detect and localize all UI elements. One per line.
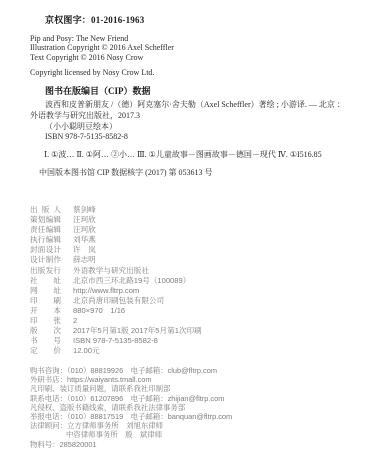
pub-row-label: 开本 — [30, 306, 61, 316]
contact-line-report-contact: 举报电话：（010）88817519 电子邮箱：banquan@fltrp.co… — [30, 412, 232, 421]
contact-line-piracy-notice: 凡侵权、盗版书籍线索，请联系我社法律事务部 — [30, 403, 232, 412]
pub-row-value: 北京尚唐印刷包装有限公司 — [73, 296, 164, 305]
license-grant-line: Copyright licensed by Nosy Crow Ltd. — [30, 68, 154, 77]
pub-row-sheets: 印张2 — [30, 316, 202, 326]
pub-row-value: 北京市西三环北路19号（100089） — [73, 276, 190, 285]
pub-row-isbn: 书号ISBN 978-7-5135-8582-8 — [30, 336, 202, 346]
english-copyright-block: Pip and Posy: The New Friend Illustratio… — [30, 34, 174, 62]
pub-row-value: 刘华燕 — [73, 235, 96, 244]
pub-row-label: 网址 — [30, 286, 61, 296]
contact-info-block: 购书咨询：（010）88819926 电子邮箱：club@fltrp.com 外… — [30, 366, 232, 449]
pub-row-label: 设计制作 — [30, 255, 61, 265]
pub-row-label: 出版发行 — [30, 266, 61, 276]
pub-row-value: 2 — [73, 316, 77, 325]
book-english-title: Pip and Posy: The New Friend — [30, 34, 174, 43]
pub-row-value: ISBN 978-7-5135-8582-8 — [73, 336, 158, 345]
pub-row-printer: 印刷北京尚唐印刷包装有限公司 — [30, 296, 202, 306]
text-copyright-line: Text Copyright © 2016 Nosy Crow — [30, 53, 174, 62]
publication-info-block: 出版人蔡剑峰 策划编辑汪珂欣 责任编辑汪珂欣 执行编辑刘华燕 封面设计许 岚 设… — [30, 205, 202, 356]
pub-row-value: 2017年5月第1版 2017年5月第1次印刷 — [73, 326, 202, 335]
pub-row-price: 定价12.00元 — [30, 346, 202, 356]
pub-row-responsible-editor: 责任编辑汪珂欣 — [30, 225, 202, 235]
cip-description-block: 波西和皮普新朋友 /（德）阿克塞尔·舍夫勒（Axel Scheffler）著绘 … — [30, 100, 365, 143]
pub-row-publisher: 出版发行外语教学与研究出版社 — [30, 266, 202, 276]
pub-row-value: 薛志明 — [73, 255, 96, 264]
cip-classification-line: Ⅰ. ①波… Ⅱ. ①阿… ②小… Ⅲ. ①儿童故事－图画故事－德国－现代 Ⅳ.… — [44, 149, 369, 160]
pub-row-label: 印张 — [30, 316, 61, 326]
pub-row-value: http://www.fltrp.com — [73, 286, 139, 295]
pub-row-website: 网址http://www.fltrp.com — [30, 286, 202, 296]
cip-publisher-line: 外语教学与研究出版社，2017.3 — [30, 111, 365, 122]
pub-row-design-production: 设计制作薛志明 — [30, 255, 202, 265]
contact-line-legal-counsel-1: 法律顾问：立方律师事务所 刘旭东律师 — [30, 421, 232, 430]
pub-row-address: 社址北京市西三环北路19号（100089） — [30, 276, 202, 286]
pub-row-label: 定价 — [30, 346, 61, 356]
pub-row-edition: 版次2017年5月第1版 2017年5月第1次印刷 — [30, 326, 202, 336]
copyright-page: 京权图字：01-2016-1963 Pip and Posy: The New … — [0, 0, 375, 466]
pub-row-label: 出版人 — [30, 205, 61, 215]
pub-row-value: 汪珂欣 — [73, 215, 96, 224]
license-registration-number: 京权图字：01-2016-1963 — [45, 13, 144, 26]
pub-row-planning-editor: 策划编辑汪珂欣 — [30, 215, 202, 225]
contact-line-purchase: 购书咨询：（010）88819926 电子邮箱：club@fltrp.com — [30, 366, 232, 375]
pub-row-publisher-person: 出版人蔡剑峰 — [30, 205, 202, 215]
pub-row-value: 汪珂欣 — [73, 225, 96, 234]
pub-row-value: 蔡剑峰 — [73, 205, 96, 214]
pub-row-label: 执行编辑 — [30, 235, 61, 245]
contact-line-print-quality-notice: 凡印刷、装订质量问题，请联系我社印制部 — [30, 384, 232, 393]
pub-row-label: 书号 — [30, 336, 61, 346]
pub-row-label: 责任编辑 — [30, 225, 61, 235]
pub-row-label: 印刷 — [30, 296, 61, 306]
cip-title-line: 波西和皮普新朋友 /（德）阿克塞尔·舍夫勒（Axel Scheffler）著绘 … — [30, 100, 365, 111]
pub-row-label: 封面设计 — [30, 245, 61, 255]
pub-row-label: 策划编辑 — [30, 215, 61, 225]
contact-line-material-number: 物料号：285820001 — [30, 440, 232, 449]
pub-row-value: 880×970 1/16 — [73, 306, 125, 315]
pub-row-format: 开本880×970 1/16 — [30, 306, 202, 316]
pub-row-executive-editor: 执行编辑刘华燕 — [30, 235, 202, 245]
illustration-copyright-line: Illustration Copyright © 2016 Axel Schef… — [30, 43, 174, 52]
pub-row-cover-design: 封面设计许 岚 — [30, 245, 202, 255]
pub-row-value: 外语教学与研究出版社 — [73, 266, 149, 275]
pub-row-label: 社址 — [30, 276, 61, 286]
contact-line-bookstore: 外研书店：https://waiyants.tmall.com — [30, 375, 232, 384]
cip-isbn-line: ISBN 978-7-5135-8582-8 — [30, 132, 365, 143]
contact-line-legal-counsel-2: 中咨律师事务所 殷 斌律师 — [30, 430, 232, 439]
cip-heading: 图书在版编目（CIP）数据 — [45, 84, 151, 97]
pub-row-value: 许 岚 — [73, 245, 96, 254]
pub-row-label: 版次 — [30, 326, 61, 336]
cip-series-line: （小小聪明豆绘本） — [30, 122, 365, 133]
cip-record-number-line: 中国版本图书馆 CIP 数据核字 (2017) 第 053613 号 — [39, 167, 212, 178]
contact-line-print-contact: 联系电话：（010）61207896 电子邮箱：zhijian@fltrp.co… — [30, 394, 232, 403]
pub-row-value: 12.00元 — [73, 346, 100, 355]
